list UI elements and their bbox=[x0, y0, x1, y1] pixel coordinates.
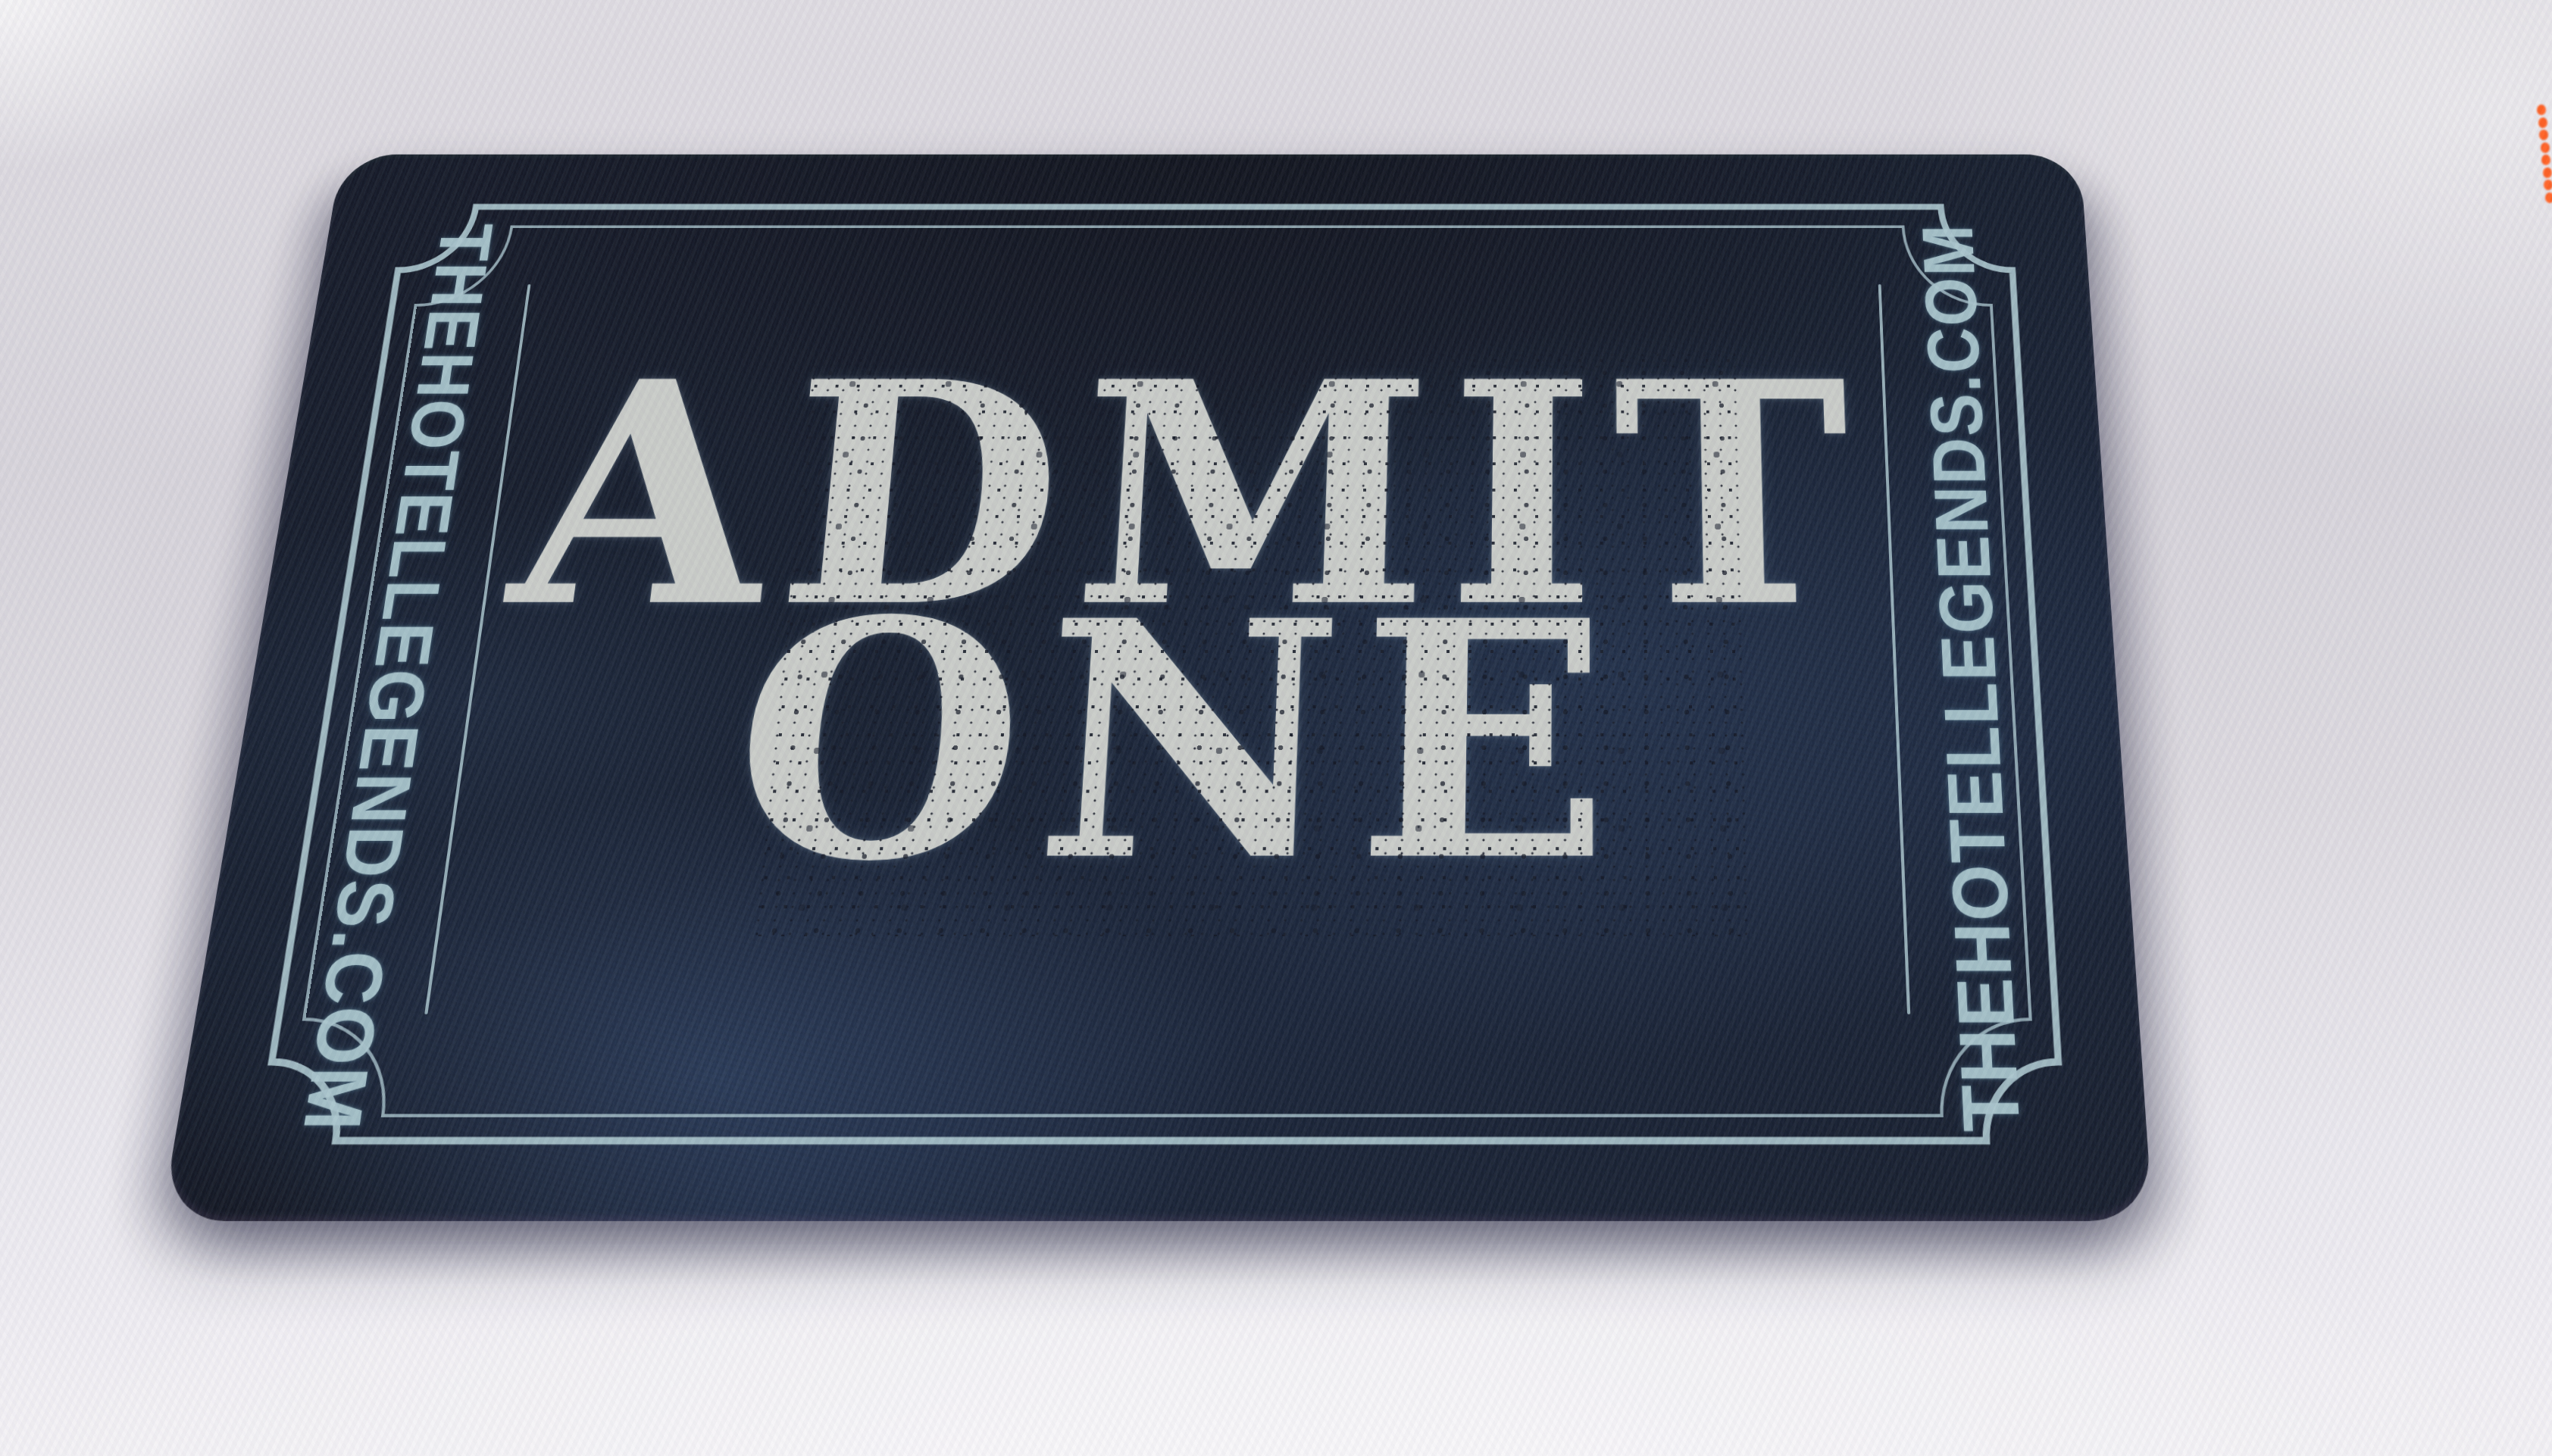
left-column-divider bbox=[427, 286, 530, 1013]
orange-dot bbox=[2541, 155, 2550, 165]
photo-background: THEHOTELLEGENDS.COM THEHOTELLEGENDS.COM … bbox=[0, 0, 2552, 1456]
orange-dot bbox=[2538, 117, 2547, 128]
ticket-card: THEHOTELLEGENDS.COM THEHOTELLEGENDS.COM … bbox=[161, 155, 2153, 1221]
orange-dot bbox=[2543, 167, 2552, 178]
orange-dot bbox=[2545, 192, 2552, 203]
frame-outer-line bbox=[259, 207, 2063, 1141]
orange-dot bbox=[2539, 130, 2548, 140]
scene: THEHOTELLEGENDS.COM THEHOTELLEGENDS.COM … bbox=[0, 0, 2552, 1456]
orange-dot bbox=[2537, 105, 2546, 115]
orange-dot bbox=[2544, 180, 2552, 190]
frame-inner-line bbox=[289, 227, 2035, 1115]
right-column-divider bbox=[1880, 286, 1909, 1013]
ticket-frame bbox=[161, 155, 2153, 1221]
orange-dot bbox=[2541, 142, 2550, 153]
